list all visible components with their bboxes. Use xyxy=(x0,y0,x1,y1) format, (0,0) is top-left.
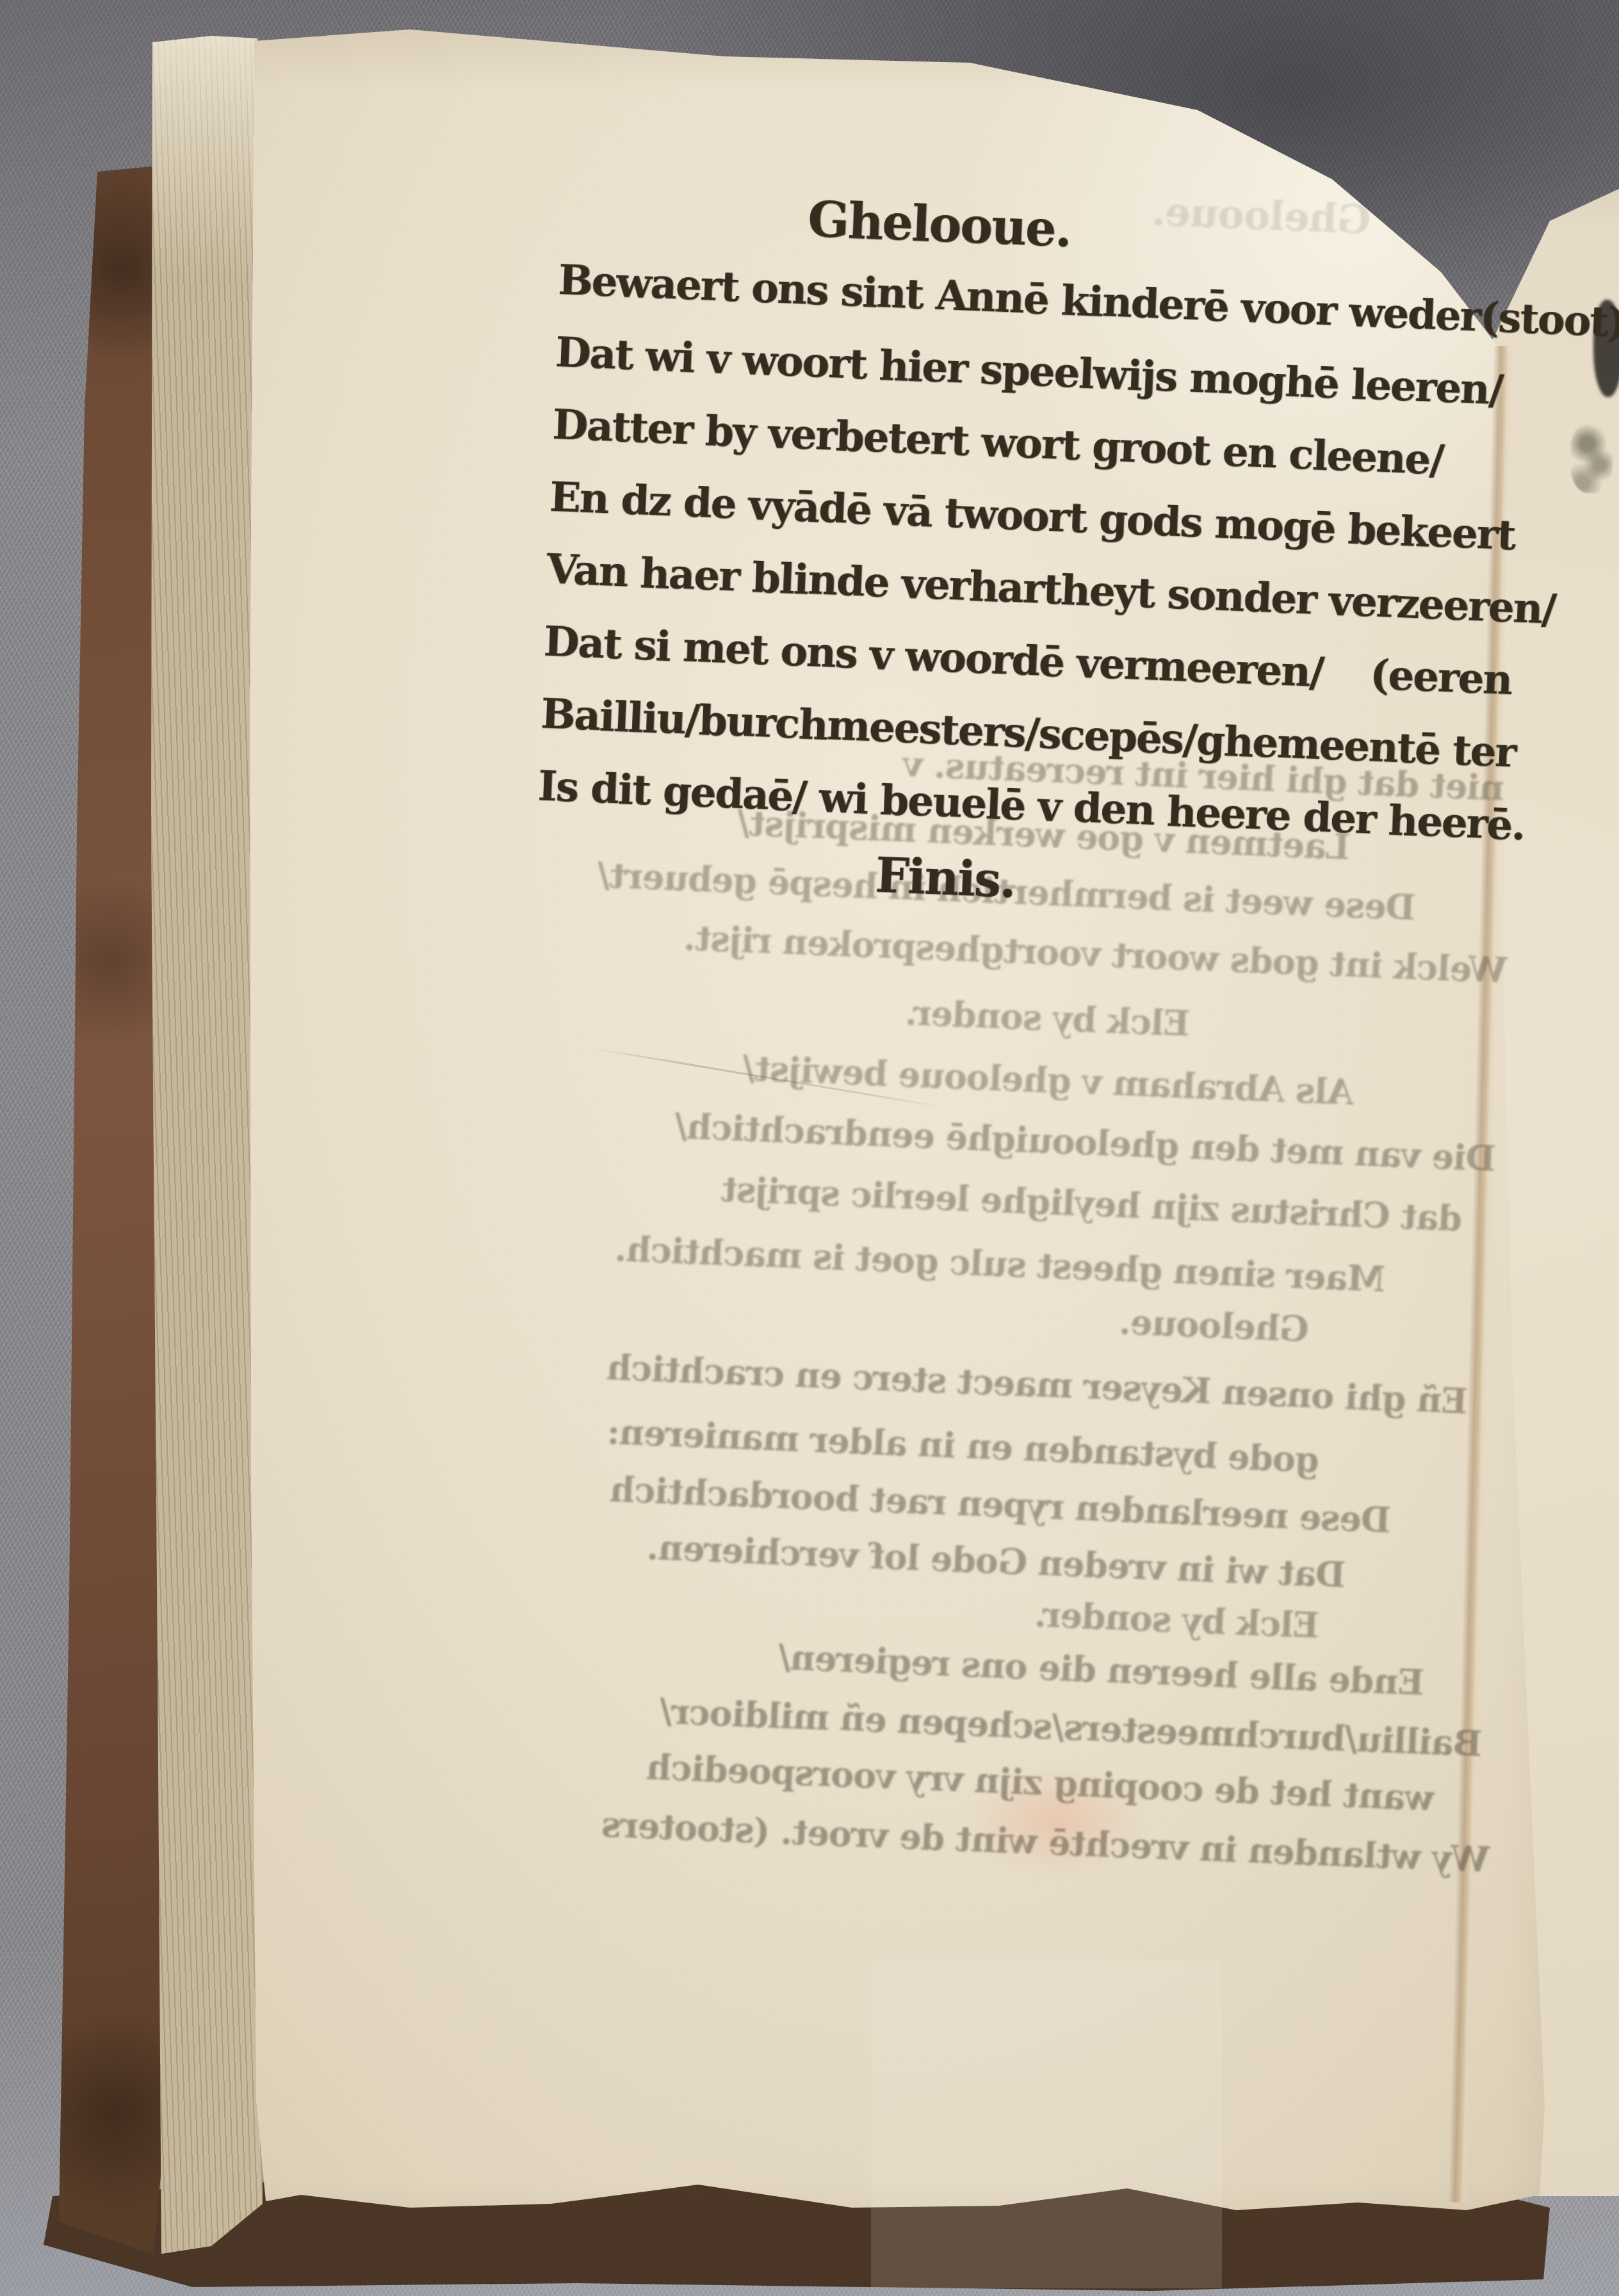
turnover-text: (stoot) xyxy=(1479,293,1619,347)
book-photo: Ghelooue. niet dat ghi hier int recreatu… xyxy=(0,0,1619,2296)
printed-text-block: Ghelooue. Bewaert ons sint Annē kinderē … xyxy=(533,181,1530,950)
ink-specks xyxy=(1570,423,1613,493)
light-band-artifact xyxy=(871,1960,1222,2288)
turnover-text: (eeren xyxy=(1369,651,1513,704)
